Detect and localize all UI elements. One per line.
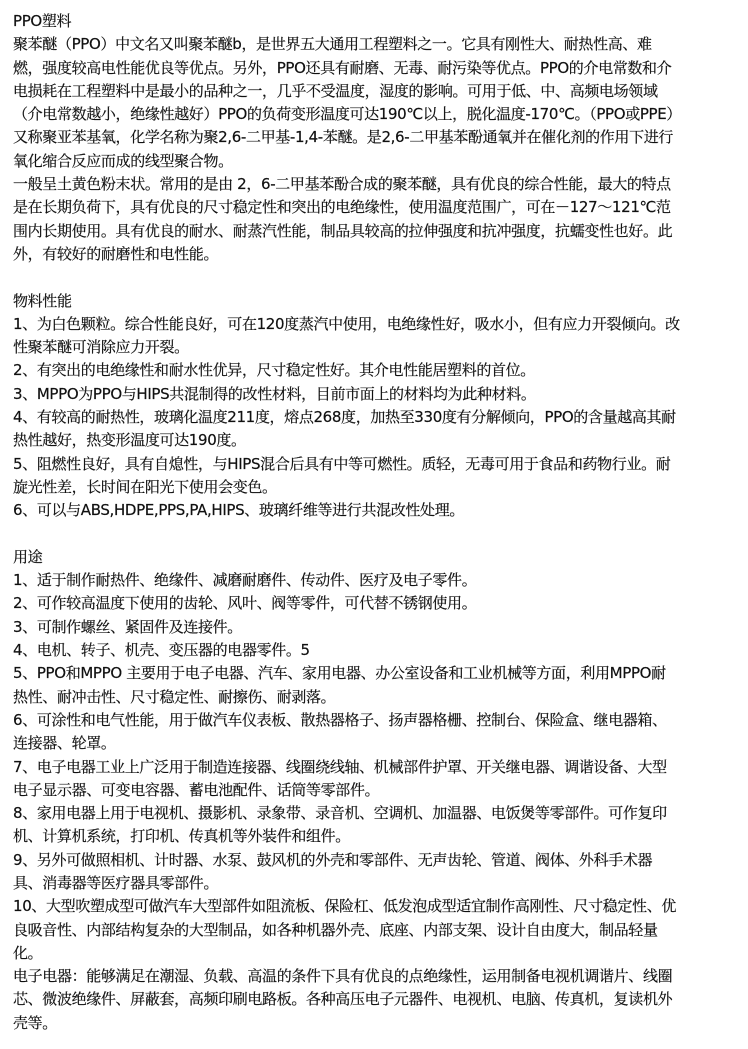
list-item-line: 芯、微波绝缘件、屏蔽套，高频印刷电路板。各种高压电子元器件、电视机、电脑、传真机… — [13, 988, 741, 1011]
section-applications: 用途 1、适于制作耐热件、绝缘件、减磨耐磨件、传动件、医疗及电子零件。 2、可作… — [13, 546, 741, 1035]
list-item-line: 1、为白色颗粒。综合性能良好，可在120度蒸汽中使用，电绝缘性好，吸水小，但有应… — [13, 313, 741, 336]
list-item-line: 5、PPO和MPPO 主要用于电子电器、汽车、家用电器、办公室设备和工业机械等方… — [13, 662, 741, 685]
section-spacer — [13, 523, 741, 546]
paragraph-line: 围内长期使用。具有优良的耐水、耐蒸汽性能，制品具较高的拉伸强度和抗冲强度，抗蠕变… — [13, 220, 741, 243]
list-item-line: 7、电子电器工业上广泛用于制造连接器、线圈绕线轴、机械部件护罩、开关继电器、调谐… — [13, 756, 741, 779]
list-item-line: 6、可以与ABS,HDPE,PPS,PA,HIPS、玻璃纤维等进行共混改性处理。 — [13, 499, 741, 522]
list-item-line: 9、另外可做照相机、计时器、水泵、鼓风机的外壳和零部件、无声齿轮、管道、阀体、外… — [13, 849, 741, 872]
paragraph-line: 氧化缩合反应而成的线型聚合物。 — [13, 150, 741, 173]
list-item-line: 1、适于制作耐热件、绝缘件、减磨耐磨件、传动件、医疗及电子零件。 — [13, 569, 741, 592]
list-item-line: 2、可作较高温度下使用的齿轮、风叶、阀等零件，可代替不锈钢使用。 — [13, 592, 741, 615]
list-item-line: 性聚苯醚可消除应力开裂。 — [13, 336, 741, 359]
list-item-line: 4、有较高的耐热性，玻璃化温度211度，熔点268度，加热至330度有分解倾向，… — [13, 406, 741, 429]
list-item-line: 连接器、轮罩。 — [13, 732, 741, 755]
list-item-line: 热性越好，热变形温度可达190度。 — [13, 429, 741, 452]
list-item-line: 3、可制作螺丝、紧固件及连接件。 — [13, 616, 741, 639]
paragraph-line: （介电常数越小，绝缘性越好）PPO的负荷变形温度可达190℃以上，脱化温度-17… — [13, 103, 741, 126]
section-spacer — [13, 266, 741, 289]
list-item-line: 2、有突出的电绝缘性和耐水性优异，尺寸稳定性好。其介电性能居塑料的首位。 — [13, 359, 741, 382]
list-item-line: 热性、耐冲击性、尺寸稳定性、耐擦伤、耐剥落。 — [13, 686, 741, 709]
document-page: PPO塑料 聚苯醚（PPO）中文名又叫聚苯醚b，是世界五大通用工程塑料之一。它具… — [13, 10, 741, 1035]
paragraph-line: 外，有较好的耐磨性和电性能。 — [13, 243, 741, 266]
list-item-line: 3、MPPO为PPO与HIPS共混制得的改性材料，目前市面上的材料均为此种材料。 — [13, 383, 741, 406]
paragraph-line: 又称聚亚苯基氧，化学名称为聚2,6-二甲基-1,4-苯醚。是2,6-二甲基苯酚通… — [13, 126, 741, 149]
list-item-line: 化。 — [13, 942, 741, 965]
list-item-line: 4、电机、转子、机壳、变压器的电器零件。5 — [13, 639, 741, 662]
list-item-line: 8、家用电器上用于电视机、摄影机、录象带、录音机、空调机、加温器、电饭煲等零部件… — [13, 802, 741, 825]
section-ppo-plastic: PPO塑料 聚苯醚（PPO）中文名又叫聚苯醚b，是世界五大通用工程塑料之一。它具… — [13, 10, 741, 266]
paragraph-line: 燃，强度较高电性能优良等优点。另外，PPO还具有耐磨、无毒、耐污染等优点。PPO… — [13, 57, 741, 80]
list-item-line: 电子显示器、可变电容器、蓄电池配件、话筒等零部件。 — [13, 779, 741, 802]
list-item-line: 电子电器：能够满足在潮湿、负载、高温的条件下具有优良的点绝缘性，运用制备电视机调… — [13, 965, 741, 988]
list-item-line: 10、大型吹塑成型可做汽车大型部件如阻流板、保险杠、低发泡成型适宜制作高刚性、尺… — [13, 895, 741, 918]
paragraph-line: 电损耗在工程塑料中是最小的品种之一，几乎不受温度，湿度的影响。可用于低、中、高频… — [13, 80, 741, 103]
list-item-line: 良吸音性、内部结构复杂的大型制品，如各种机器外壳、底座、内部支架、设计自由度大，… — [13, 919, 741, 942]
section-heading: PPO塑料 — [13, 10, 741, 33]
section-material-properties: 物料性能 1、为白色颗粒。综合性能良好，可在120度蒸汽中使用，电绝缘性好，吸水… — [13, 290, 741, 523]
paragraph-line: 是在长期负荷下，具有优良的尺寸稳定性和突出的电绝缘性，使用温度范围广，可在－12… — [13, 196, 741, 219]
paragraph-line: 聚苯醚（PPO）中文名又叫聚苯醚b，是世界五大通用工程塑料之一。它具有刚性大、耐… — [13, 33, 741, 56]
list-item-line: 5、阻燃性良好，具有自熄性，与HIPS混合后具有中等可燃性。质轻，无毒可用于食品… — [13, 453, 741, 476]
paragraph-line: 一般呈土黄色粉末状。常用的是由 2，6-二甲基苯酚合成的聚苯醚，具有优良的综合性… — [13, 173, 741, 196]
list-item-line: 壳等。 — [13, 1012, 741, 1035]
list-item-line: 旋光性差，长时间在阳光下使用会变色。 — [13, 476, 741, 499]
list-item-line: 6、可涂性和电气性能，用于做汽车仪表板、散热器格子、扬声器格栅、控制台、保险盒、… — [13, 709, 741, 732]
list-item-line: 机、计算机系统，打印机、传真机等外装件和组件。 — [13, 825, 741, 848]
section-heading: 物料性能 — [13, 290, 741, 313]
list-item-line: 具、消毒器等医疗器具零部件。 — [13, 872, 741, 895]
section-heading: 用途 — [13, 546, 741, 569]
